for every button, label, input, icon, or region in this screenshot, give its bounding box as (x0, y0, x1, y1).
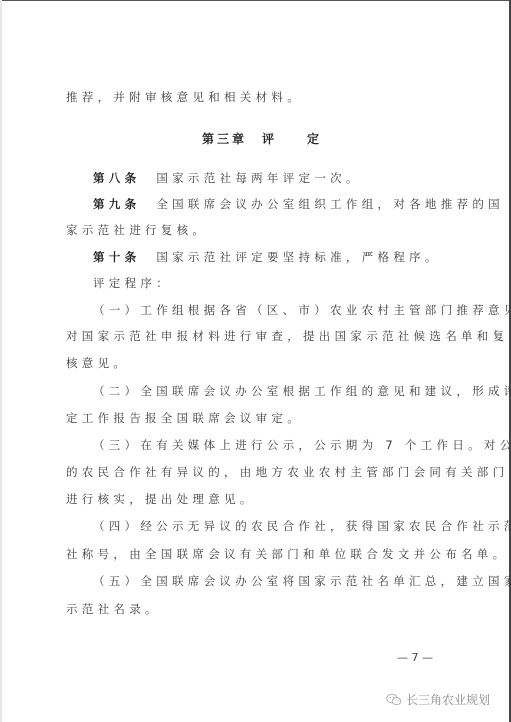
article-text: 国家示范社评定要坚持标准，严格程序。 (156, 250, 440, 264)
watermark: 长三角农业规划 (386, 691, 490, 708)
paragraph-line: 定工作报告报全国联席会议审定。 (66, 410, 303, 426)
frame-top-border (0, 0, 511, 1)
paragraph-line: 示范社名录。 (66, 601, 161, 617)
paragraph-line: 社称号，由全国联席会议有关部门和单位联合发文并公布名单。 (66, 546, 508, 562)
paragraph-line: 家示范社进行复核。 (66, 222, 208, 238)
article-8: 第八条 国家示范社每两年评定一次。 (93, 170, 362, 186)
article-label: 第十条 (93, 250, 140, 264)
paragraph-line: 对国家示范社申报材料进行审查，提出国家示范社候选名单和复 (66, 328, 508, 344)
procedure-step-5: （五）全国联席会议办公室将国家示范社名单汇总，建立国家 (93, 573, 511, 589)
procedure-step-4: （四）经公示无异议的农民合作社，获得国家农民合作社示范 (93, 518, 511, 534)
chapter-heading: 第三章 评 定 (202, 130, 322, 147)
article-10: 第十条 国家示范社评定要坚持标准，严格程序。 (93, 249, 441, 265)
paragraph-line: 推荐，并附审核意见和相关材料。 (66, 89, 303, 105)
procedure-step-3: （三）在有关媒体上进行公示，公示期为 7 个工作日。对公示 (93, 437, 511, 453)
article-text: 全国联席会议办公室组织工作组，对各地推荐的国 (156, 197, 504, 211)
paragraph-line: 的农民合作社有异议的，由地方农业农村主管部门会同有关部门 (66, 464, 508, 480)
article-9: 第九条 全国联席会议办公室组织工作组，对各地推荐的国 (93, 196, 504, 212)
procedure-heading: 评定程序： (93, 275, 172, 291)
watermark-text: 长三角农业规划 (406, 691, 490, 708)
article-label: 第八条 (93, 171, 140, 185)
procedure-step-2: （二）全国联席会议办公室根据工作组的意见和建议，形成评 (93, 383, 511, 399)
frame-left-border (0, 0, 2, 722)
article-text: 国家示范社每两年评定一次。 (156, 171, 361, 185)
article-label: 第九条 (93, 197, 140, 211)
procedure-step-1: （一）工作组根据各省（区、市）农业农村主管部门推荐意见， (93, 302, 511, 318)
wechat-icon (386, 693, 402, 706)
paragraph-line: 核意见。 (66, 355, 129, 371)
paragraph-line: 进行核实，提出处理意见。 (66, 491, 256, 507)
page-number: — 7 — (397, 651, 433, 664)
